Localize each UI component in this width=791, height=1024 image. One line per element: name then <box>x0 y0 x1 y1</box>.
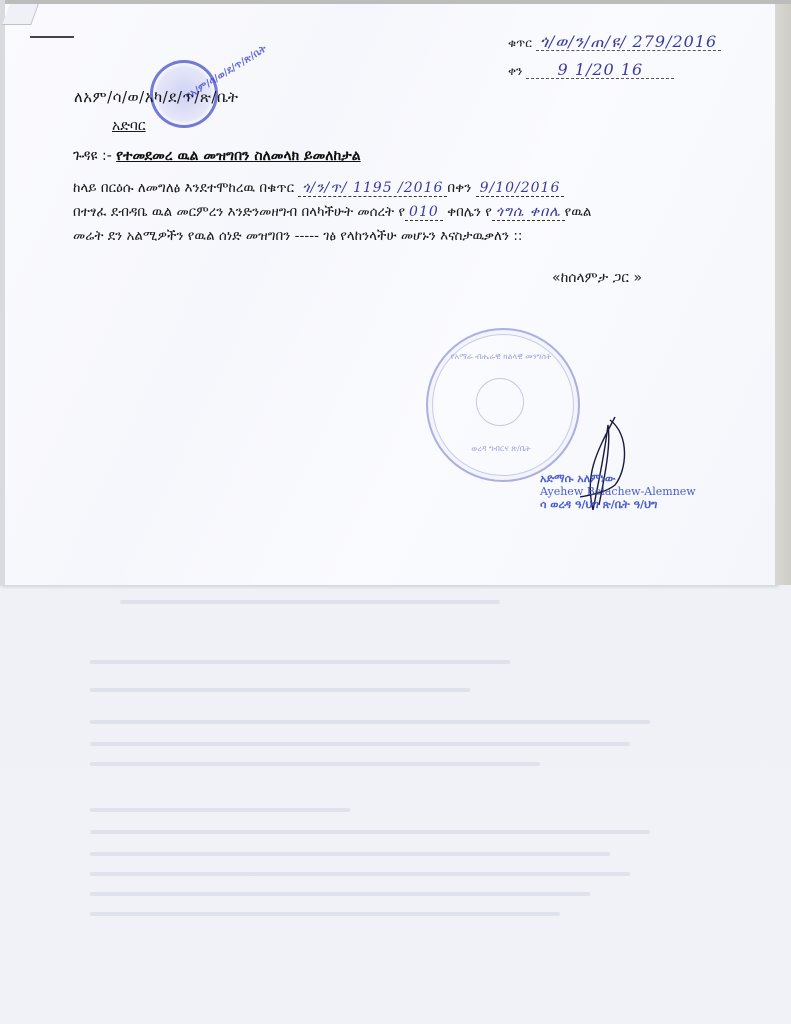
bleed-through-line <box>90 912 560 916</box>
bleed-through-line <box>120 600 500 604</box>
scan-edge-left <box>0 0 5 585</box>
closing-salutation: «ከሰላምታ ጋር » <box>552 270 642 286</box>
bleed-through-line <box>90 892 590 896</box>
handwritten-ref-number: ጎ/ን/ጥ/ 1195 /2016 <box>298 180 447 197</box>
body-line-2: በተፃፈ ደብዳቤ ዉል መርምረን እንድንመዘግብ በላካችሁት መሰረት … <box>73 200 703 224</box>
seal-top-text: የአማራ ብሔራዊ ክልላዊ መንግስት <box>446 352 556 362</box>
subject-label: ጉዳዩ :- <box>73 148 112 164</box>
handwritten-date: 9/10/2016 <box>476 180 565 197</box>
bleed-through-line <box>90 762 540 766</box>
scan-edge <box>0 0 791 4</box>
recipient-address: ለአም/ሳ/ወ/አካ/ደ/ጥ/ጽ/ቤት <box>74 88 238 106</box>
body-text: የዉል <box>565 204 592 220</box>
body-line-1: ከላይ በርዕሱ ለመግለፅ እንደተሞከረዉ በቁጥር ጎ/ን/ጥ/ 1195… <box>73 176 703 200</box>
subject-line: ጉዳዩ :- የተመደመረ ዉል መዝግበን ስለመላክ ይመለከታል <box>73 148 361 164</box>
signatory-name-latin: Ayehew Belachew-Alemnew <box>540 485 696 498</box>
reference-date-row: ቀን 9 1/20 16 <box>508 62 721 90</box>
bleed-through-line <box>90 688 470 692</box>
signatory-stamp: አድማሱ አለምነው Ayehew Belachew-Alemnew ሳ ወረዳ… <box>540 472 696 511</box>
letter-body: ከላይ በርዕሱ ለመግለፅ እንደተሞከረዉ በቁጥር ጎ/ን/ጥ/ 1195… <box>73 176 703 248</box>
bleed-through-line <box>90 872 630 876</box>
notice-title: አድባር <box>112 118 146 134</box>
handwritten-kebele-name: ጎግሴ ቀበሌ <box>492 204 565 221</box>
seal-bottom-text: ወረዳ ግብርና ጽ/ቤት <box>446 444 556 454</box>
bleed-through-line <box>90 852 610 856</box>
body-text: ቀበሌን የ <box>447 204 492 220</box>
body-text: በቀን <box>447 180 471 196</box>
reference-block: ቁጥር ጎ/ወ/ን/ጠ/ዩ/ 279/2016 ቀን 9 1/20 16 <box>508 34 721 90</box>
body-text: ከላይ በርዕሱ ለመግለፅ እንደተሞከረዉ በቁጥር <box>73 180 294 196</box>
body-line-3: መሬት ደን አልሚዎችን የዉል ሰነድ መዝግበን ----- ገፅ የላከ… <box>73 224 703 248</box>
bleed-through-line <box>90 660 510 664</box>
bleed-through-line <box>90 808 350 812</box>
page-edge-shadow <box>775 0 791 585</box>
body-text: በተፃፈ ደብዳቤ ዉል መርምረን እንድንመዘግብ በላካችሁት መሰረት … <box>73 204 405 220</box>
reference-date-value: 9 1/20 16 <box>526 62 674 79</box>
bleed-through-line <box>90 720 650 724</box>
bleed-through-line <box>90 742 630 746</box>
reference-number-value: ጎ/ወ/ን/ጠ/ዩ/ 279/2016 <box>536 34 721 51</box>
seal-text: የአማራ ብሔራዊ ክልላዊ መንግስት ወረዳ ግብርና ጽ/ቤት <box>446 348 556 458</box>
signatory-name-amharic: አድማሱ አለምነው <box>540 472 696 485</box>
signatory-title: ሳ ወረዳ ዓ/ህግ ጽ/ቤት ዓ/ህግ <box>540 498 696 511</box>
subject-text: የተመደመረ ዉል መዝግበን ስለመላክ ይመለከታል <box>116 148 360 164</box>
corner-dash-mark <box>30 36 74 38</box>
handwritten-count: 010 <box>405 204 443 221</box>
reference-number-label: ቁጥር <box>508 36 532 51</box>
bleed-through-line <box>90 830 650 834</box>
reference-date-label: ቀን <box>508 64 522 79</box>
reference-number-row: ቁጥር ጎ/ወ/ን/ጠ/ዩ/ 279/2016 <box>508 34 721 62</box>
